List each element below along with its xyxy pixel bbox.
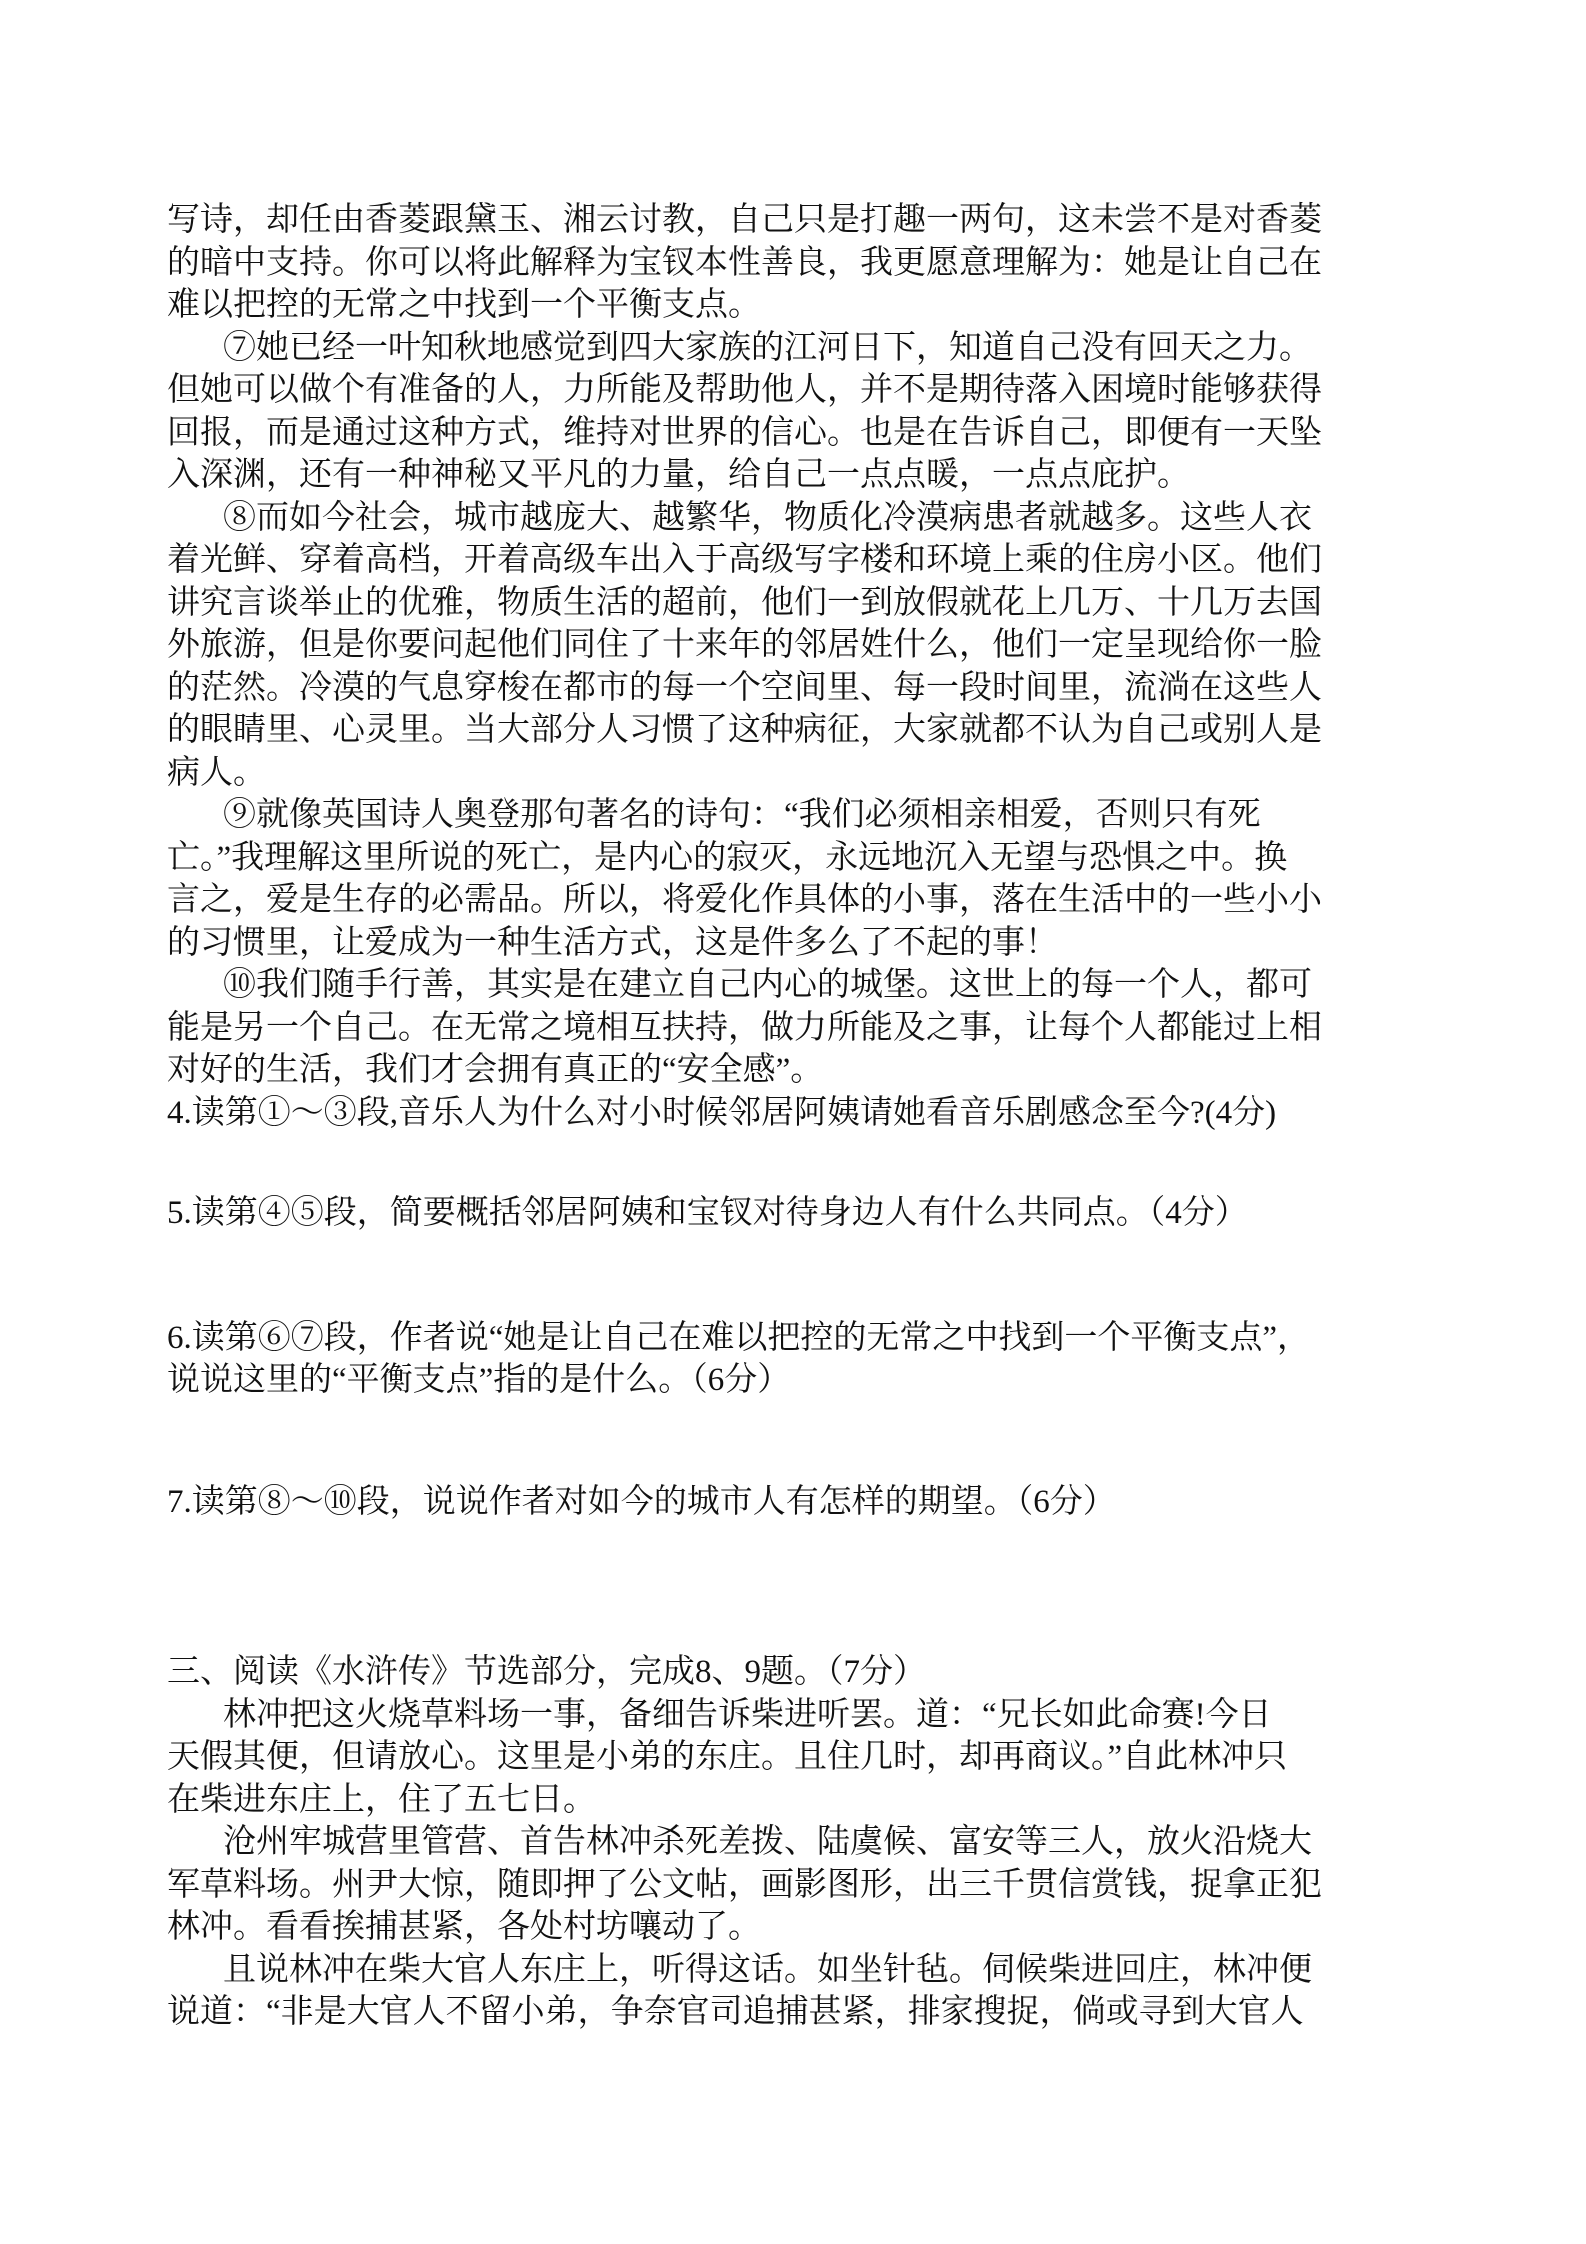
section-3-heading: 三、阅读《水浒传》节选部分，完成8、9题。（7分） — [167, 1651, 1457, 1694]
passage-line: 讲究言谈举止的优雅，物质生活的超前，他们一到放假就花上几万、十几万去国 — [167, 582, 1457, 625]
shuihu-excerpt-line: 林冲把这火烧草料场一事，备细告诉柴进听罢。道：“兄长如此命赛!今日 — [167, 1694, 1457, 1737]
passage-line: 外旅游，但是你要问起他们同住了十来年的邻居姓什么，他们一定呈现给你一脸 — [167, 624, 1457, 667]
passage-paragraph-7-start: ⑦她已经一叶知秋地感觉到四大家族的江河日下，知道自己没有回天之力。 — [167, 327, 1457, 370]
document-page: 写诗，却任由香菱跟黛玉、湘云讨教，自己只是打趣一两句，这未尝不是对香菱的暗中支持… — [0, 0, 1586, 2244]
passage-line: 写诗，却任由香菱跟黛玉、湘云讨教，自己只是打趣一两句，这未尝不是对香菱 — [167, 199, 1457, 242]
passage-paragraph-9-start: ⑨就像英国诗人奥登那句著名的诗句：“我们必须相亲相爱，否则只有死 — [167, 794, 1457, 837]
shuihu-excerpt-line: 林冲。看看挨捕甚紧，各处村坊嚷动了。 — [167, 1906, 1457, 1949]
question-5: 5.读第④⑤段，简要概括邻居阿姨和宝钗对待身边人有什么共同点。（4分） — [167, 1192, 1457, 1235]
shuihu-excerpt-line: 在柴进东庄上，住了五七日。 — [167, 1779, 1457, 1822]
passage-paragraph-10-start: ⑩我们随手行善，其实是在建立自己内心的城堡。这世上的每一个人，都可 — [167, 964, 1457, 1007]
passage-line: 入深渊，还有一种神秘又平凡的力量，给自己一点点暖，一点点庇护。 — [167, 454, 1457, 497]
shuihu-excerpt-line: 天假其便，但请放心。这里是小弟的东庄。且住几时，却再商议。”自此林冲只 — [167, 1736, 1457, 1779]
passage-line: 回报，而是通过这种方式，维持对世界的信心。也是在告诉自己，即便有一天坠 — [167, 412, 1457, 455]
question-6-line-1: 6.读第⑥⑦段，作者说“她是让自己在难以把控的无常之中找到一个平衡支点”， — [167, 1317, 1457, 1360]
passage-line: 的眼睛里、心灵里。当大部分人习惯了这种病征，大家就都不认为自己或别人是 — [167, 709, 1457, 752]
passage-line: 难以把控的无常之中找到一个平衡支点。 — [167, 284, 1457, 327]
shuihu-excerpt-line: 军草料场。州尹大惊，随即押了公文帖，画影图形，出三千贯信赏钱，捉拿正犯 — [167, 1864, 1457, 1907]
passage-line: 亡。”我理解这里所说的死亡，是内心的寂灭，永远地沉入无望与恐惧之中。换 — [167, 837, 1457, 880]
shuihu-excerpt-line: 且说林冲在柴大官人东庄上，听得这话。如坐针毡。伺候柴进回庄，林冲便 — [167, 1949, 1457, 1992]
passage-line: 能是另一个自己。在无常之境相互扶持，做力所能及之事，让每个人都能过上相 — [167, 1007, 1457, 1050]
question-4: 4.读第①～③段,音乐人为什么对小时候邻居阿姨请她看音乐剧感念至今?(4分) — [167, 1092, 1457, 1135]
shuihu-excerpt-line: 沧州牢城营里管营、首告林冲杀死差拨、陆虞候、富安等三人，放火沿烧大 — [167, 1821, 1457, 1864]
passage-line: 但她可以做个有准备的人，力所能及帮助他人，并不是期待落入困境时能够获得 — [167, 369, 1457, 412]
passage-line: 言之，爱是生存的必需品。所以，将爱化作具体的小事，落在生活中的一些小小 — [167, 879, 1457, 922]
passage-paragraph-8-start: ⑧而如今社会，城市越庞大、越繁华，物质化冷漠病患者就越多。这些人衣 — [167, 497, 1457, 540]
passage-line: 的茫然。冷漠的气息穿梭在都市的每一个空间里、每一段时间里，流淌在这些人 — [167, 667, 1457, 710]
passage-line: 着光鲜、穿着高档，开着高级车出入于高级写字楼和环境上乘的住房小区。他们 — [167, 539, 1457, 582]
exam-text-block: 写诗，却任由香菱跟黛玉、湘云讨教，自己只是打趣一两句，这未尝不是对香菱的暗中支持… — [167, 199, 1457, 2034]
passage-line: 的暗中支持。你可以将此解释为宝钗本性善良，我更愿意理解为：她是让自己在 — [167, 242, 1457, 285]
passage-line: 病人。 — [167, 752, 1457, 795]
passage-line: 的习惯里，让爱成为一种生活方式，这是件多么了不起的事！ — [167, 922, 1457, 965]
shuihu-excerpt-line: 说道：“非是大官人不留小弟，争奈官司追捕甚紧，排家搜捉，倘或寻到大官人 — [167, 1991, 1457, 2034]
passage-line: 对好的生活，我们才会拥有真正的“安全感”。 — [167, 1049, 1457, 1092]
question-7: 7.读第⑧～⑩段，说说作者对如今的城市人有怎样的期望。（6分） — [167, 1481, 1457, 1524]
question-6-line-2: 说说这里的“平衡支点”指的是什么。（6分） — [167, 1359, 1457, 1402]
